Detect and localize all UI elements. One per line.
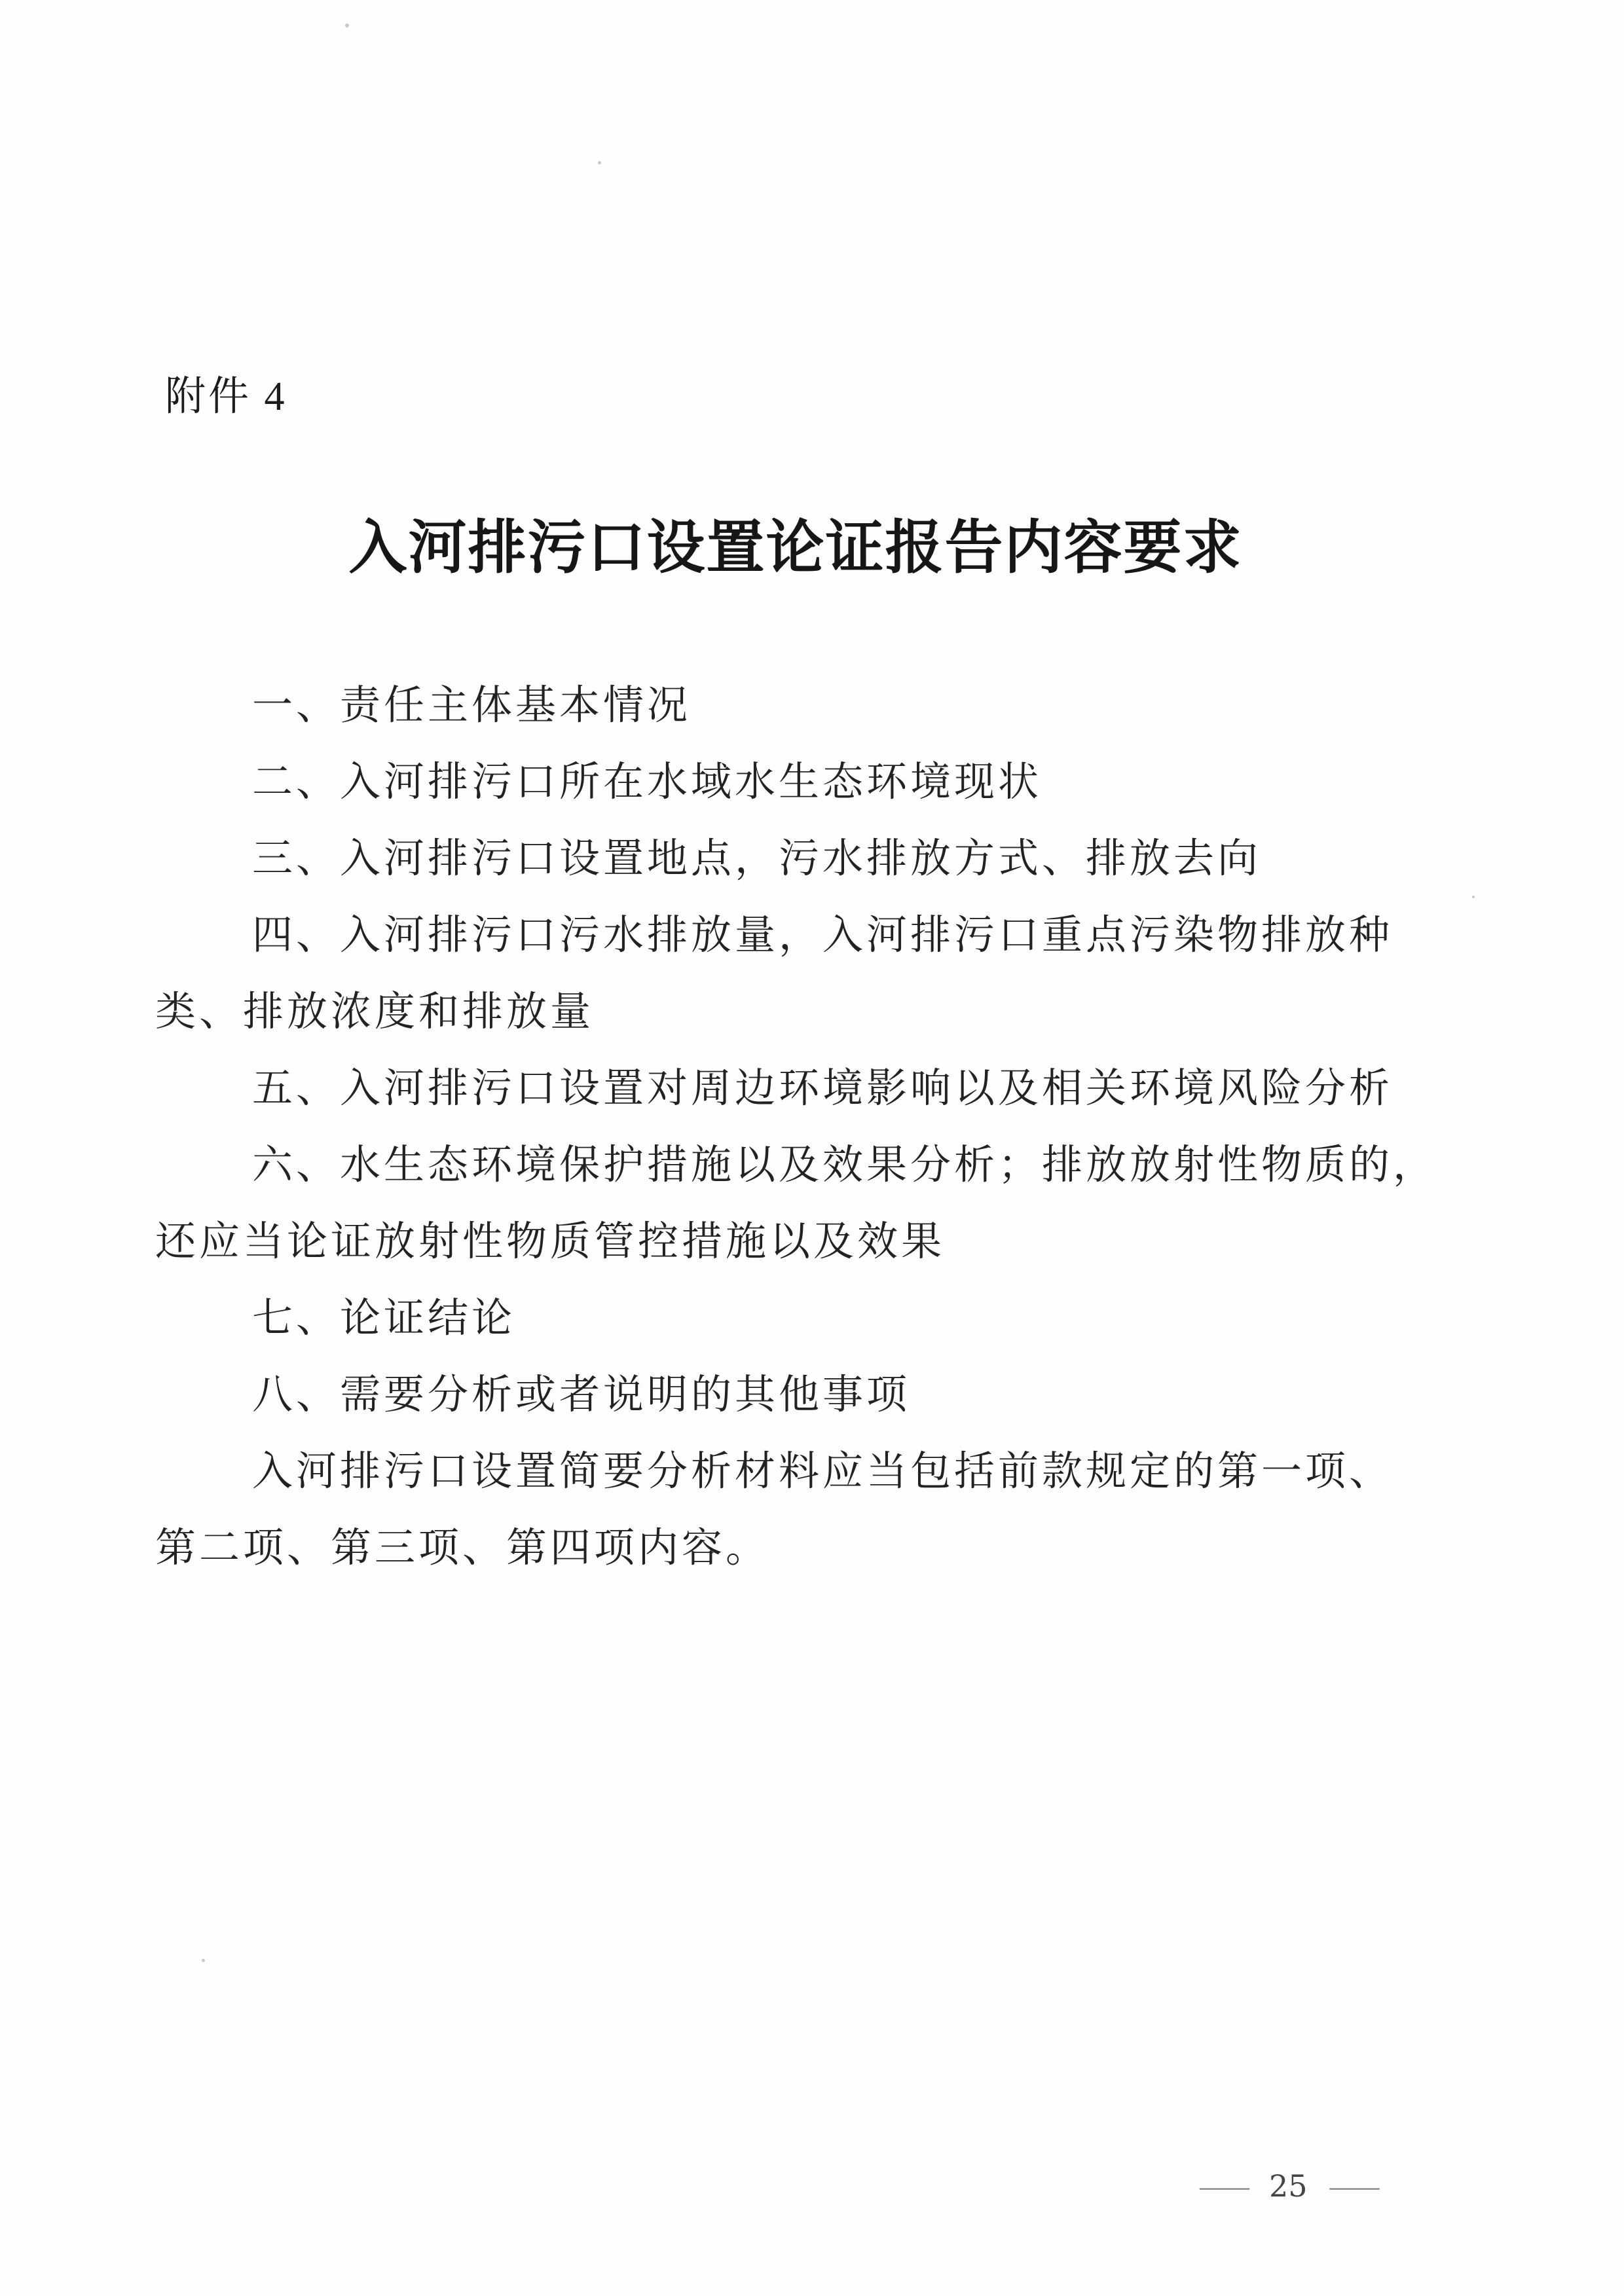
body-line-1: 一、责任主体基本情况 xyxy=(155,668,1471,744)
body-line-3: 三、入河排污口设置地点，污水排放方式、排放去向 xyxy=(155,821,1471,898)
scan-speck xyxy=(1472,896,1475,898)
document-body: 一、责任主体基本情况 二、入河排污口所在水域水生态环境现状 三、入河排污口设置地… xyxy=(155,668,1471,1587)
body-line-8: 还应当论证放射性物质管控措施以及效果 xyxy=(155,1204,1471,1281)
page-number-left-dash: —— xyxy=(1200,2171,1247,2202)
page-number-right-dash: —— xyxy=(1330,2171,1377,2202)
body-line-7: 六、水生态环境保护措施以及效果分析；排放放射性物质的， xyxy=(155,1127,1471,1204)
page-number-value: 25 xyxy=(1269,2168,1308,2204)
scan-speck xyxy=(598,161,601,164)
page-number: —— 25 —— xyxy=(1200,2168,1377,2204)
body-line-6: 五、入河排污口设置对周边环境影响以及相关环境风险分析 xyxy=(155,1051,1471,1127)
body-line-4: 四、入河排污口污水排放量，入河排污口重点污染物排放种 xyxy=(155,898,1471,974)
document-title: 入河排污口设置论证报告内容要求 xyxy=(0,509,1591,588)
body-line-5: 类、排放浓度和排放量 xyxy=(155,974,1471,1051)
document-page: 附件 4 入河排污口设置论证报告内容要求 一、责任主体基本情况 二、入河排污口所… xyxy=(0,0,1624,2296)
body-line-11: 入河排污口设置简要分析材料应当包括前款规定的第一项、 xyxy=(155,1434,1471,1510)
body-line-2: 二、入河排污口所在水域水生态环境现状 xyxy=(155,744,1471,821)
body-line-12: 第二项、第三项、第四项内容。 xyxy=(155,1510,1471,1587)
scan-speck xyxy=(345,24,349,27)
body-line-10: 八、需要分析或者说明的其他事项 xyxy=(155,1357,1471,1434)
attachment-label: 附件 4 xyxy=(165,371,287,423)
body-line-9: 七、论证结论 xyxy=(155,1281,1471,1357)
scan-speck xyxy=(202,1959,205,1962)
